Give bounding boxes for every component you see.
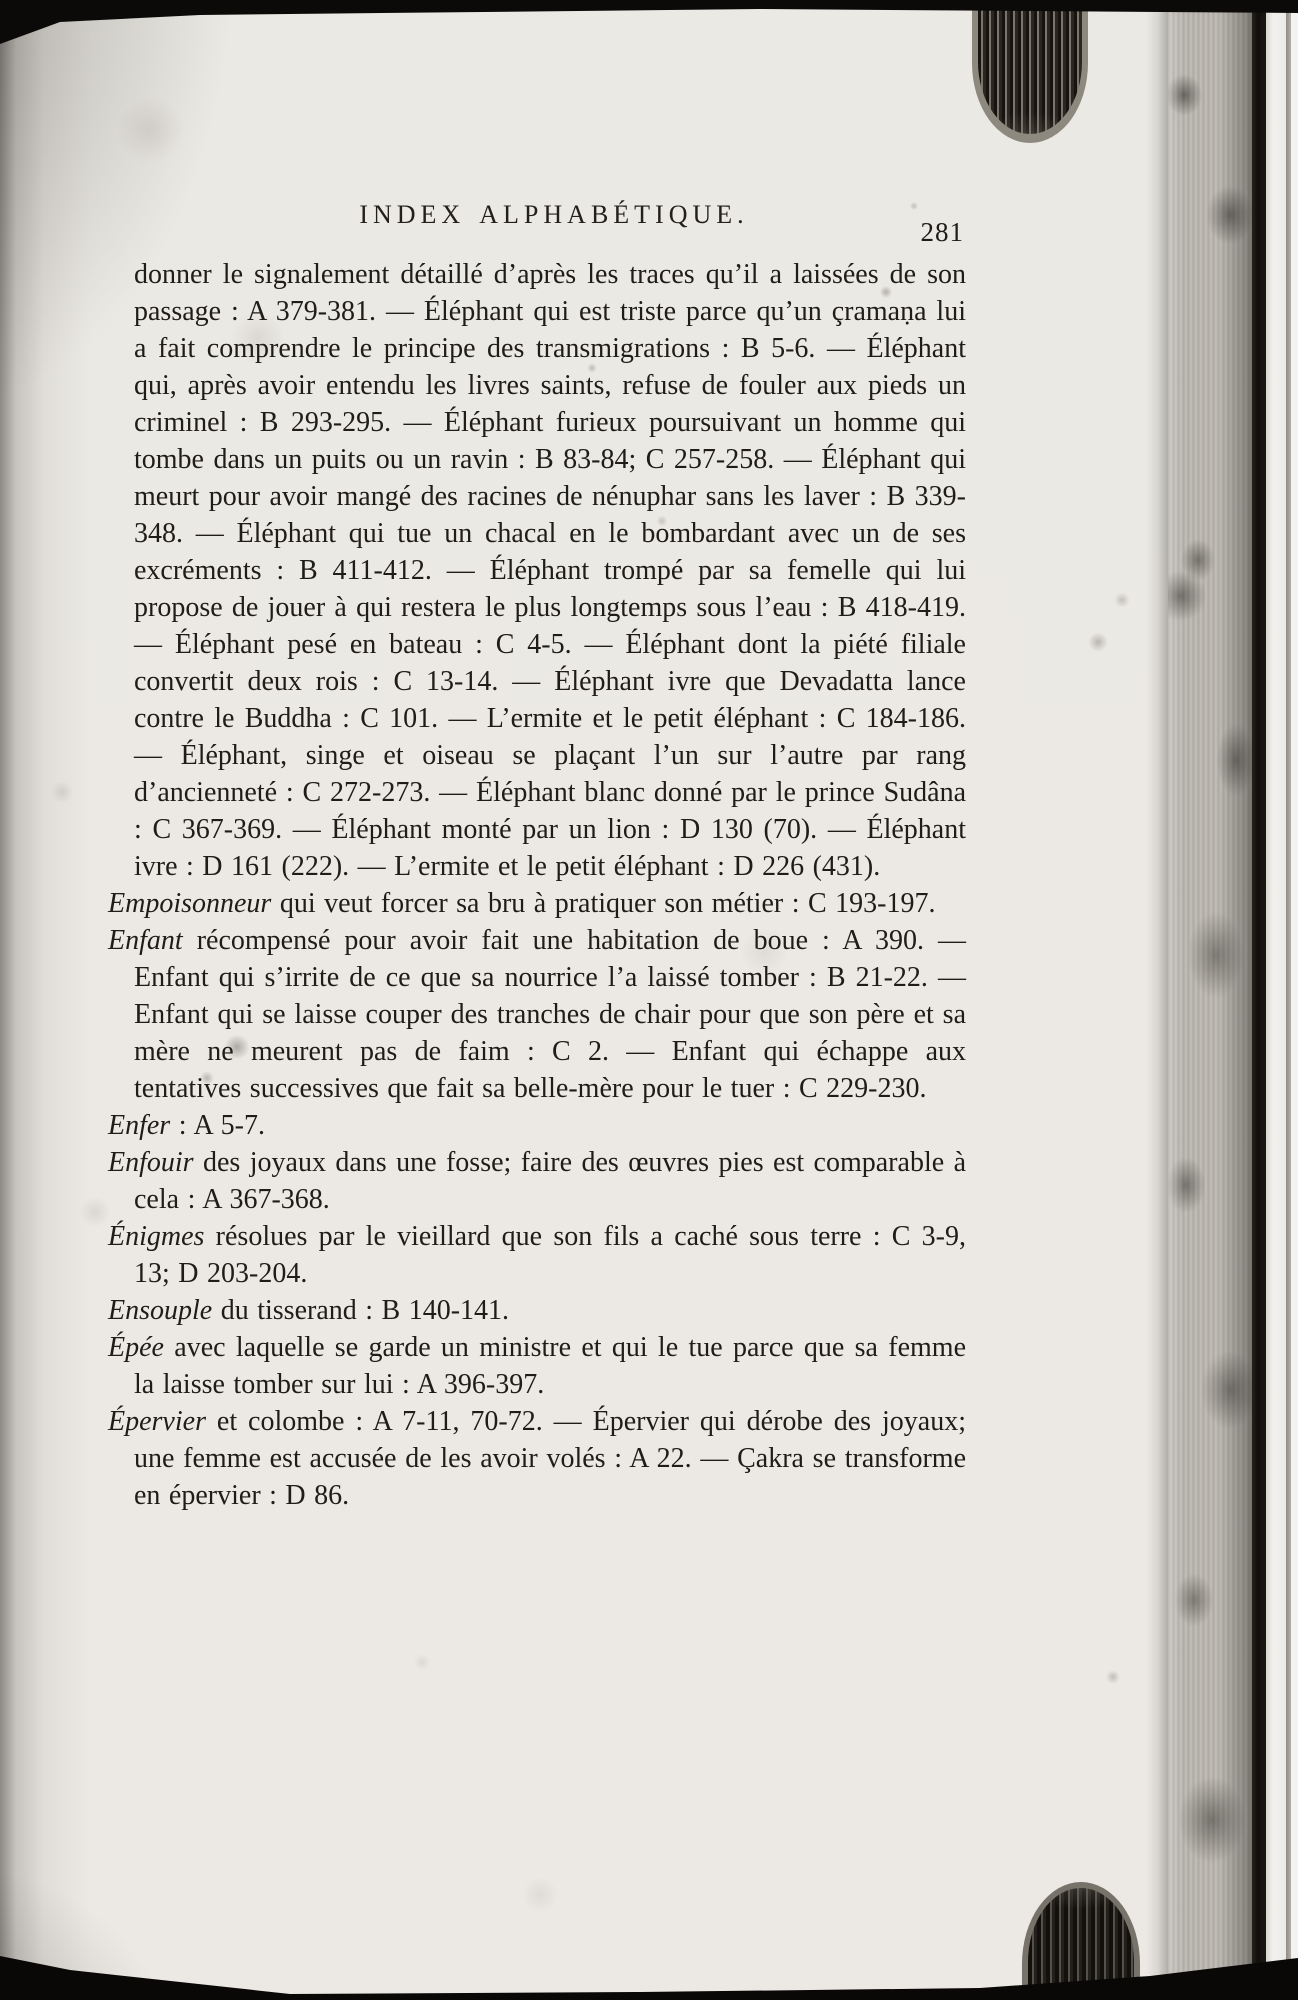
entry-text: récompensé pour avoir fait une habitatio…	[134, 925, 966, 1104]
entry-text: donner le signalement détaillé d’après l…	[134, 259, 966, 882]
book-scan: INDEX ALPHABÉTIQUE. 281 donner le signal…	[0, 0, 1298, 2000]
outer-page-edge	[1266, 0, 1286, 2000]
index-entry: Épée avec laquelle se garde un ministre …	[108, 1329, 966, 1403]
entry-text: et colombe : A 7-11, 70-72. — Épervier q…	[134, 1406, 966, 1511]
index-entry: Ensouple du tisserand : B 140-141.	[108, 1292, 966, 1329]
outer-margin	[1291, 0, 1298, 2000]
entry-text: des joyaux dans une fosse; faire des œuv…	[134, 1147, 966, 1215]
index-entry: Énigmes résolues par le vieillard que so…	[108, 1218, 966, 1292]
entry-text: avec laquelle se garde un ministre et qu…	[134, 1332, 966, 1400]
entry-headword: Énigmes	[108, 1221, 204, 1252]
index-entry: donner le signalement détaillé d’après l…	[108, 256, 966, 885]
entry-headword: Épée	[108, 1332, 164, 1363]
entry-headword: Enfant	[108, 925, 183, 956]
index-entry: Enfouir des joyaux dans une fosse; faire…	[108, 1144, 966, 1218]
entry-headword: Épervier	[108, 1406, 206, 1437]
index-entry: Enfant récompensé pour avoir fait une ha…	[108, 922, 966, 1107]
page-number: 281	[921, 217, 965, 248]
entry-headword: Enfer	[108, 1110, 170, 1141]
entry-headword: Enfouir	[108, 1147, 194, 1178]
index-entry: Enfer : A 5-7.	[108, 1107, 966, 1144]
entry-headword: Empoisonneur	[108, 888, 271, 919]
index-entry: Empoisonneur qui veut forcer sa bru à pr…	[108, 885, 966, 922]
entry-text: : A 5-7.	[170, 1110, 265, 1141]
index-entry: Épervier et colombe : A 7-11, 70-72. — É…	[108, 1403, 966, 1514]
entry-text: qui veut forcer sa bru à pratiquer son m…	[271, 888, 935, 919]
entry-text: résolues par le vieillard que son fils a…	[134, 1221, 966, 1289]
book-edge-dark-band	[1252, 0, 1266, 2000]
fore-edge-blotches	[1168, 0, 1252, 2000]
book-fore-edge	[1168, 0, 1252, 2000]
entry-headword: Ensouple	[108, 1295, 212, 1326]
page-title: INDEX ALPHABÉTIQUE.	[108, 200, 966, 230]
entry-text: du tisserand : B 140-141.	[212, 1295, 509, 1326]
index-entries: donner le signalement détaillé d’après l…	[108, 256, 966, 1514]
printed-text-block: INDEX ALPHABÉTIQUE. 281 donner le signal…	[108, 196, 966, 254]
running-head: INDEX ALPHABÉTIQUE. 281	[108, 196, 966, 254]
